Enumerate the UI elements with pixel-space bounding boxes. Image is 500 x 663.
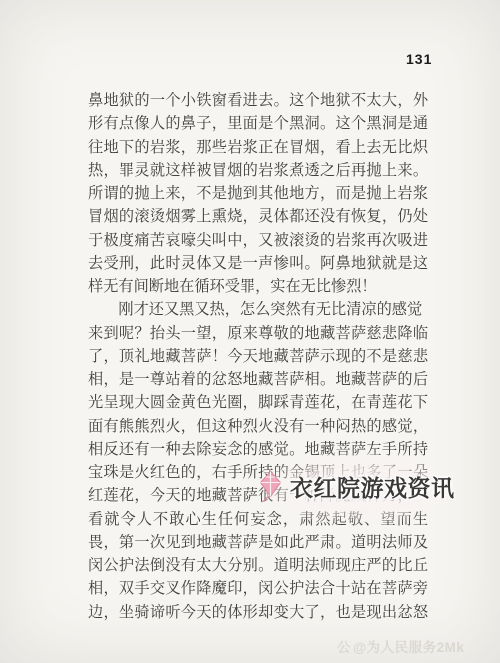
- text-line: 看就令人不敢心生任何妄念，肃然起敬、望而生: [88, 508, 428, 531]
- center-watermark-text: 衣红院游戏资讯: [290, 470, 455, 503]
- page-number: 131: [406, 51, 432, 67]
- text-line: 面有熊熊烈火，但这种烈火没有一种闷热的感觉，: [88, 415, 428, 438]
- text-line: 相，是一尊站着的忿怒地藏菩萨相。地藏菩萨的后: [88, 368, 428, 391]
- text-line: 边，坐骑谛听今天的体形却变大了，也是现出忿怒: [88, 601, 428, 624]
- text-line: 了，顶礼地藏菩萨！今天地藏菩萨示现的不是慈悲: [88, 345, 428, 368]
- text-line: 去受刑，此时灵体又是一声惨叫。阿鼻地狱就是这: [88, 252, 428, 275]
- bottom-watermark-text: @为人民服务2Mk: [353, 636, 464, 656]
- book-page: 131 鼻地狱的一个小铁窗看进去。这个地狱不太大，外形有点像人的鼻子，里面是个黑…: [0, 0, 500, 663]
- text-line: 相，双手交叉作降魔印，闵公护法合十站在菩萨旁: [88, 577, 428, 600]
- kite-gem-icon: [258, 470, 283, 503]
- text-line: 相反还有一种去除妄念的感觉。地藏菩萨左手所持: [88, 438, 428, 461]
- text-line: 样无有间断地在循环受罪，实在无比惨烈！: [88, 275, 428, 298]
- text-line: 闵公护法倒没有太大分别。道明法师现庄严的比丘: [88, 554, 428, 577]
- text-line: 往地下的岩浆，那些岩浆正在冒烟，看上去无比炽: [88, 136, 428, 159]
- text-line: 冒烟的滚烫烟雾上熏烧，灵体都还没有恢复，仍处: [88, 205, 428, 228]
- text-line: 热，罪灵就这样被冒烟的岩浆煮透之后再抛上来。: [88, 159, 428, 182]
- bottom-watermark: 公 @为人民服务2Mk: [337, 636, 464, 656]
- text-line: 所谓的抛上来，不是抛到其他地方，而是抛上岩浆: [88, 182, 428, 205]
- logo-glyph-icon: 公: [337, 636, 351, 656]
- text-line: 刚才还又黑又热，怎么突然有无比清凉的感觉: [88, 298, 428, 321]
- center-watermark: 衣红院游戏资讯: [258, 470, 455, 503]
- body-text: 鼻地狱的一个小铁窗看进去。这个地狱不太大，外形有点像人的鼻子，里面是个黑洞。这个…: [88, 89, 428, 624]
- text-line: 畏，第一次见到地藏菩萨是如此严肃。道明法师及: [88, 531, 428, 554]
- text-line: 来到呢？抬头一望，原来尊敬的地藏菩萨慈悲降临: [88, 322, 428, 345]
- text-line: 鼻地狱的一个小铁窗看进去。这个地狱不太大，外: [88, 89, 428, 112]
- text-line: 形有点像人的鼻子，里面是个黑洞。这个黑洞是通: [88, 112, 428, 135]
- text-line: 光呈现大圆金黄色光圈，脚踩青莲花，在青莲花下: [88, 391, 428, 414]
- text-line: 于极度痛苦哀嚎尖叫中，又被滚烫的岩浆再次吸进: [88, 229, 428, 252]
